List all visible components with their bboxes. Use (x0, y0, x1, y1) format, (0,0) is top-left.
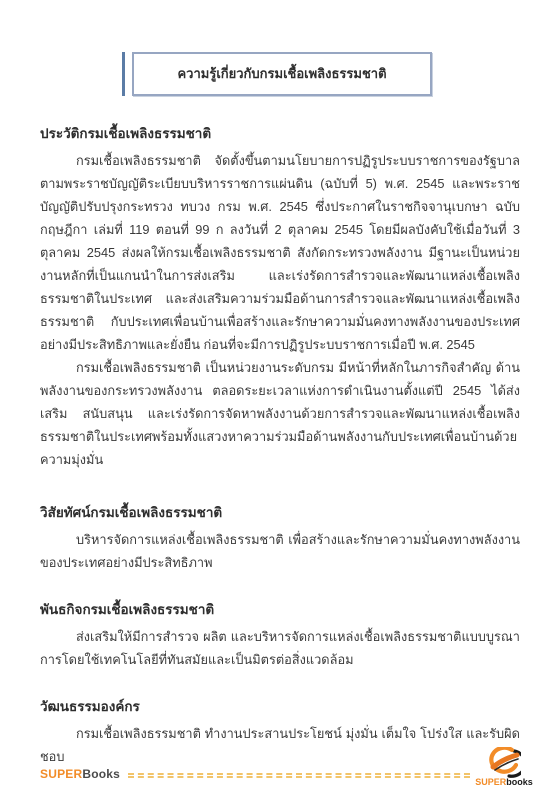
footer-dashed-divider (128, 773, 470, 778)
footer-brand-left-super: SUPER (40, 767, 82, 781)
title-accent-bar (122, 52, 125, 96)
mission-paragraph: ส่งเสริมให้มีการสำรวจ ผลิต และบริหารจัดก… (40, 625, 520, 671)
section-history: ประวัติกรมเชื้อเพลิงธรรมชาติ กรมเชื้อเพล… (40, 122, 520, 471)
page-footer: SUPERBooks SUPERbooks (40, 761, 530, 787)
footer-brand-left: SUPERBooks (40, 767, 120, 781)
history-paragraph-1: กรมเชื้อเพลิงธรรมชาติ จัดตั้งขึ้นตามนโยบ… (40, 149, 520, 356)
footer-logo-block: SUPERbooks (478, 747, 530, 787)
section-vision: วิสัยทัศน์กรมเชื้อเพลิงธรรมชาติ บริหารจั… (40, 501, 520, 574)
section-culture: วัฒนธรรมองค์กร กรมเชื้อเพลิงธรรมชาติ ทำง… (40, 695, 520, 768)
section-mission: พันธกิจกรมเชื้อเพลิงธรรมชาติ ส่งเสริมให้… (40, 598, 520, 671)
section-heading-history: ประวัติกรมเชื้อเพลิงธรรมชาติ (40, 122, 520, 144)
superbooks-swoosh-icon (487, 747, 521, 779)
history-paragraph-2: กรมเชื้อเพลิงธรรมชาติ เป็นหน่วยงานระดับก… (40, 356, 520, 471)
document-page: ความรู้เกี่ยวกับกรมเชื้อเพลิงธรรมชาติ ปร… (0, 0, 558, 807)
footer-brand-right: SUPERbooks (475, 777, 533, 787)
section-heading-mission: พันธกิจกรมเชื้อเพลิงธรรมชาติ (40, 598, 520, 620)
title-banner: ความรู้เกี่ยวกับกรมเชื้อเพลิงธรรมชาติ (122, 52, 520, 96)
vision-paragraph: บริหารจัดการแหล่งเชื้อเพลิงธรรมชาติ เพื่… (40, 528, 520, 574)
section-heading-culture: วัฒนธรรมองค์กร (40, 695, 520, 717)
footer-brand-right-books: books (506, 777, 533, 787)
section-heading-vision: วิสัยทัศน์กรมเชื้อเพลิงธรรมชาติ (40, 501, 520, 523)
footer-brand-left-books: Books (82, 767, 120, 781)
footer-brand-right-super: SUPER (475, 777, 506, 787)
page-title: ความรู้เกี่ยวกับกรมเชื้อเพลิงธรรมชาติ (132, 52, 432, 96)
